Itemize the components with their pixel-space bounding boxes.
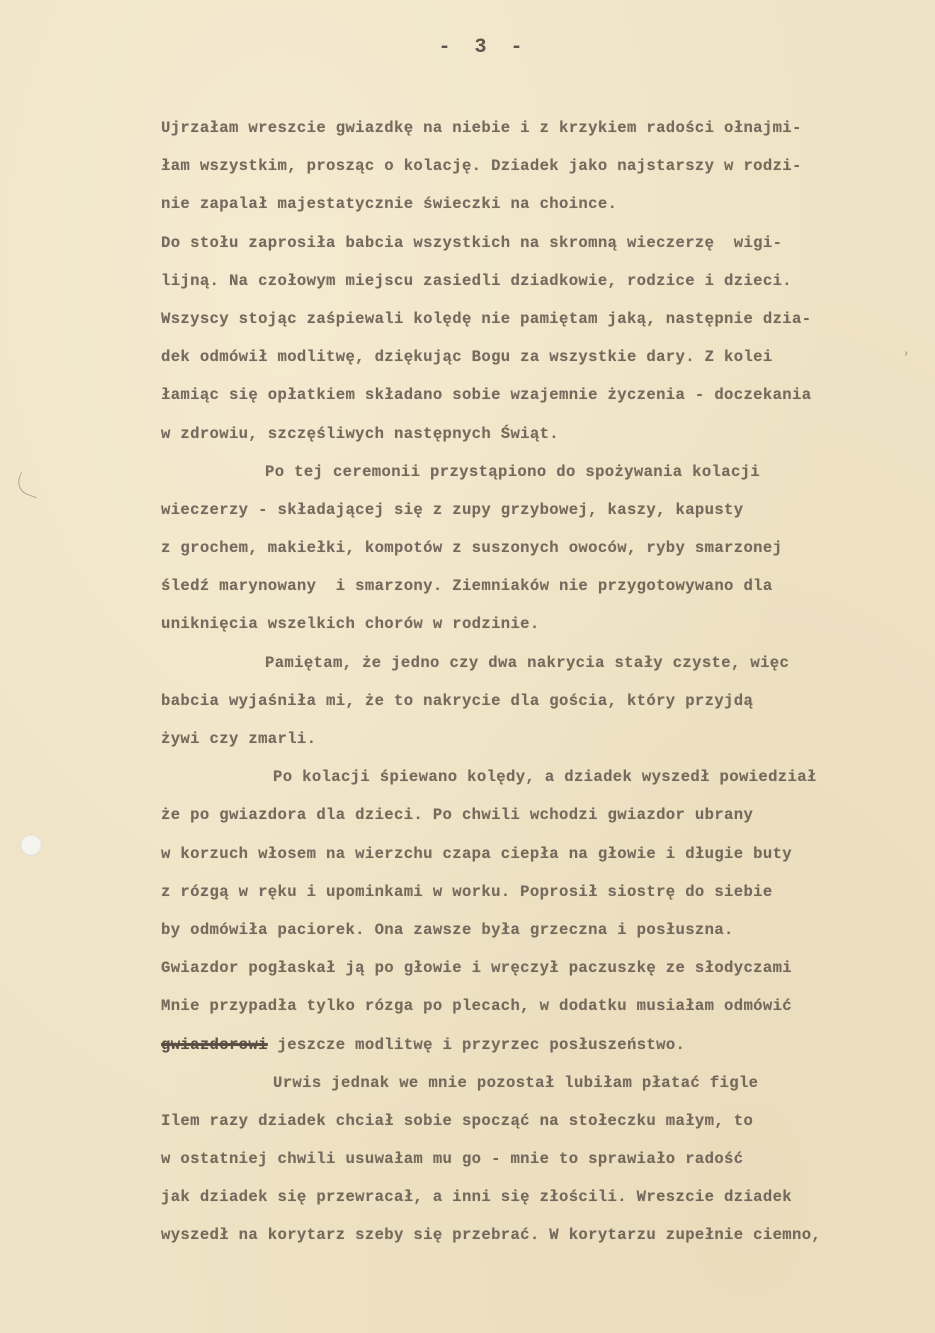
- text-line: żywi czy zmarli.: [161, 724, 935, 762]
- struck-out-word: gwiazdorowi: [161, 1036, 268, 1054]
- text-line: z grochem, makiełki, kompotów z suszonyc…: [161, 533, 935, 571]
- text-line: Ilem razy dziadek chciał sobie spocząć n…: [161, 1106, 935, 1144]
- text-line: lijną. Na czołowym miejscu zasiedli dzia…: [161, 266, 935, 304]
- text-line: w zdrowiu, szczęśliwych następnych Świąt…: [161, 419, 935, 457]
- text-line: w korzuch włosem na wierzchu czapa ciepł…: [161, 839, 935, 877]
- text-line: wieczerzy - składającej się z zupy grzyb…: [161, 495, 935, 533]
- text-line: babcia wyjaśniła mi, że to nakrycie dla …: [161, 686, 935, 724]
- text-line: Ujrzałam wreszcie gwiazdkę na niebie i z…: [161, 113, 935, 151]
- text-line: że po gwiazdora dla dzieci. Po chwili wc…: [161, 800, 935, 838]
- typewritten-page: - 3 - › Ujrzałam wreszcie gwiazdkę na ni…: [0, 0, 935, 1333]
- paragraph-start-line: Po tej ceremonii przystąpiono do spożywa…: [161, 457, 935, 495]
- text-line: dek odmówił modlitwę, dziękując Bogu za …: [161, 342, 935, 380]
- punch-hole: [20, 834, 42, 856]
- text-line-with-strikeout: gwiazdorowi jeszcze modlitwę i przyrzec …: [161, 1030, 935, 1068]
- text-line: Wszyscy stojąc zaśpiewali kolędę nie pam…: [161, 304, 935, 342]
- text-line: uniknięcia wszelkich chorów w rodzinie.: [161, 609, 935, 647]
- line-remainder: jeszcze modlitwę i przyrzec posłuszeństw…: [278, 1036, 686, 1054]
- paragraph-start-line: Po kolacji śpiewano kolędy, a dziadek wy…: [161, 762, 935, 800]
- text-line: by odmówiła paciorek. Ona zawsze była gr…: [161, 915, 935, 953]
- pencil-bracket-mark: [14, 471, 43, 498]
- text-line: jak dziadek się przewracał, a inni się z…: [161, 1182, 935, 1220]
- text-line: Mnie przypadła tylko rózga po plecach, w…: [161, 991, 935, 1029]
- body-text: Ujrzałam wreszcie gwiazdkę na niebie i z…: [161, 113, 935, 1259]
- text-line: Do stołu zaprosiła babcia wszystkich na …: [161, 228, 935, 266]
- text-line: wyszedł na korytarz szeby się przebrać. …: [161, 1220, 935, 1258]
- paragraph-start-line: Urwis jednak we mnie pozostał lubiłam pł…: [161, 1068, 935, 1106]
- text-line: łam wszystkim, prosząc o kolację. Dziade…: [161, 151, 935, 189]
- text-line: łamiąc się opłatkiem składano sobie wzaj…: [161, 380, 935, 418]
- text-line: śledź marynowany i smarzony. Ziemniaków …: [161, 571, 935, 609]
- text-line: z rózgą w ręku i upominkami w worku. Pop…: [161, 877, 935, 915]
- page-number: - 3 -: [0, 36, 935, 59]
- text-line: nie zapalał majestatycznie świeczki na c…: [161, 189, 935, 227]
- text-line: Gwiazdor pogłaskał ją po głowie i wręczy…: [161, 953, 935, 991]
- text-line: w ostatniej chwili usuwałam mu go - mnie…: [161, 1144, 935, 1182]
- paragraph-start-line: Pamiętam, że jedno czy dwa nakrycia stał…: [161, 648, 935, 686]
